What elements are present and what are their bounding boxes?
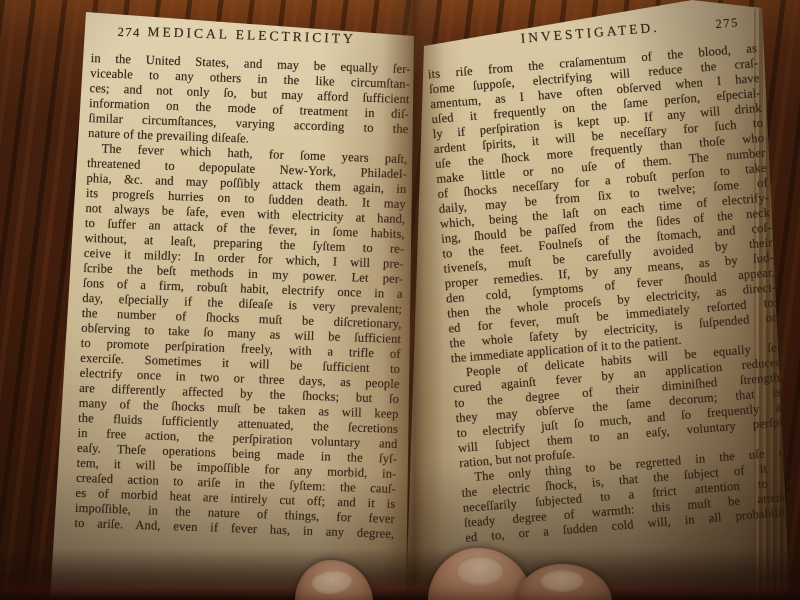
- index-fingernail: [456, 556, 504, 586]
- thumbnail-nail: [310, 568, 354, 596]
- right-text-column: its riſe from the craſamentum of the blo…: [427, 41, 794, 546]
- left-page-number: 274: [117, 25, 141, 41]
- right-page-text: INVESTIGATED. 275 its riſe from the craſ…: [425, 12, 795, 546]
- right-page-number: 275: [715, 15, 739, 32]
- left-page-text: 274 MEDICAL ELECTRICITY in the United St…: [74, 22, 412, 542]
- book-gutter-shadow: [382, 0, 444, 600]
- left-page-header: 274 MEDICAL ELECTRICITY: [91, 22, 412, 55]
- left-text-column: in the United States, and may be equally…: [74, 51, 411, 542]
- bottom-edge-shadow: [0, 548, 800, 600]
- book-photo-scene: 274 MEDICAL ELECTRICITY in the United St…: [0, 0, 800, 600]
- middle-fingernail: [540, 570, 584, 592]
